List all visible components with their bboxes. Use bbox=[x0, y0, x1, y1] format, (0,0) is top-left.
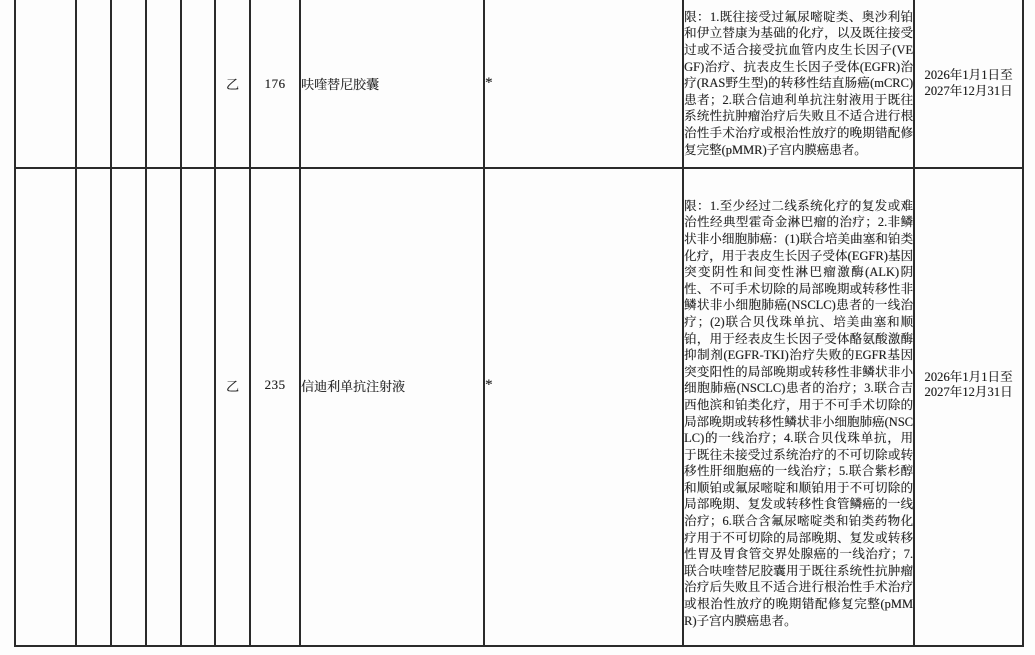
category-cell: 乙 bbox=[215, 0, 250, 168]
empty-cell bbox=[146, 0, 181, 168]
empty-cell bbox=[181, 0, 215, 168]
empty-cell bbox=[181, 168, 215, 646]
validity-line1: 2026年1月1日至 bbox=[915, 68, 1022, 84]
asterisk-mark: * bbox=[485, 377, 493, 393]
empty-cell bbox=[111, 0, 146, 168]
drug-name-label: 信迪利单抗注射液 bbox=[301, 379, 405, 394]
remark-cell: * bbox=[484, 168, 683, 646]
validity-cell: 2026年1月1日至 2027年12月31日 bbox=[914, 0, 1023, 168]
category-cell: 乙 bbox=[215, 168, 250, 646]
asterisk-mark: * bbox=[485, 75, 493, 91]
category-label: 乙 bbox=[226, 379, 239, 394]
validity-line2: 2027年12月31日 bbox=[915, 84, 1022, 100]
drug-name-cell: 信迪利单抗注射液 bbox=[300, 168, 484, 646]
restriction-cell: 限：1.既往接受过氟尿嘧啶类、奥沙利铂和伊立替康为基础的化疗，以及既往接受过或不… bbox=[683, 0, 914, 168]
code-label: 176 bbox=[265, 76, 286, 91]
empty-cell bbox=[15, 0, 76, 168]
scanned-document-page: 乙 176 呋喹替尼胶囊 * 限：1.既往接受过氟尿嘧啶类、奥沙利铂和伊立替康为… bbox=[0, 0, 1035, 655]
drug-reimbursement-table: 乙 176 呋喹替尼胶囊 * 限：1.既往接受过氟尿嘧啶类、奥沙利铂和伊立替康为… bbox=[14, 0, 1024, 647]
drug-name-label: 呋喹替尼胶囊 bbox=[301, 77, 379, 92]
remark-cell: * bbox=[484, 0, 683, 168]
empty-cell bbox=[15, 168, 76, 646]
empty-cell bbox=[76, 0, 111, 168]
code-label: 235 bbox=[265, 377, 286, 392]
restriction-text: 限：1.既往接受过氟尿嘧啶类、奥沙利铂和伊立替康为基础的化疗，以及既往接受过或不… bbox=[684, 9, 913, 158]
empty-cell bbox=[76, 168, 111, 646]
category-label: 乙 bbox=[226, 77, 239, 92]
restriction-cell: 限：1.至少经过二线系统化疗的复发或难治性经典型霍奇金淋巴瘤的治疗；2.非鳞状非… bbox=[683, 168, 914, 646]
drug-name-cell: 呋喹替尼胶囊 bbox=[300, 0, 484, 168]
table-row-sintilimab: 乙 235 信迪利单抗注射液 * 限：1.至少经过二线系统化疗的复发或难治性经典… bbox=[15, 168, 1023, 646]
restriction-text: 限：1.至少经过二线系统化疗的复发或难治性经典型霍奇金淋巴瘤的治疗；2.非鳞状非… bbox=[684, 198, 913, 629]
validity-line1: 2026年1月1日至 bbox=[915, 370, 1022, 386]
empty-cell bbox=[146, 168, 181, 646]
validity-line2: 2027年12月31日 bbox=[915, 385, 1022, 401]
code-cell: 176 bbox=[250, 0, 300, 168]
validity-cell: 2026年1月1日至 2027年12月31日 bbox=[914, 168, 1023, 646]
code-cell: 235 bbox=[250, 168, 300, 646]
table-row-fruquintinib: 乙 176 呋喹替尼胶囊 * 限：1.既往接受过氟尿嘧啶类、奥沙利铂和伊立替康为… bbox=[15, 0, 1023, 168]
empty-cell bbox=[111, 168, 146, 646]
